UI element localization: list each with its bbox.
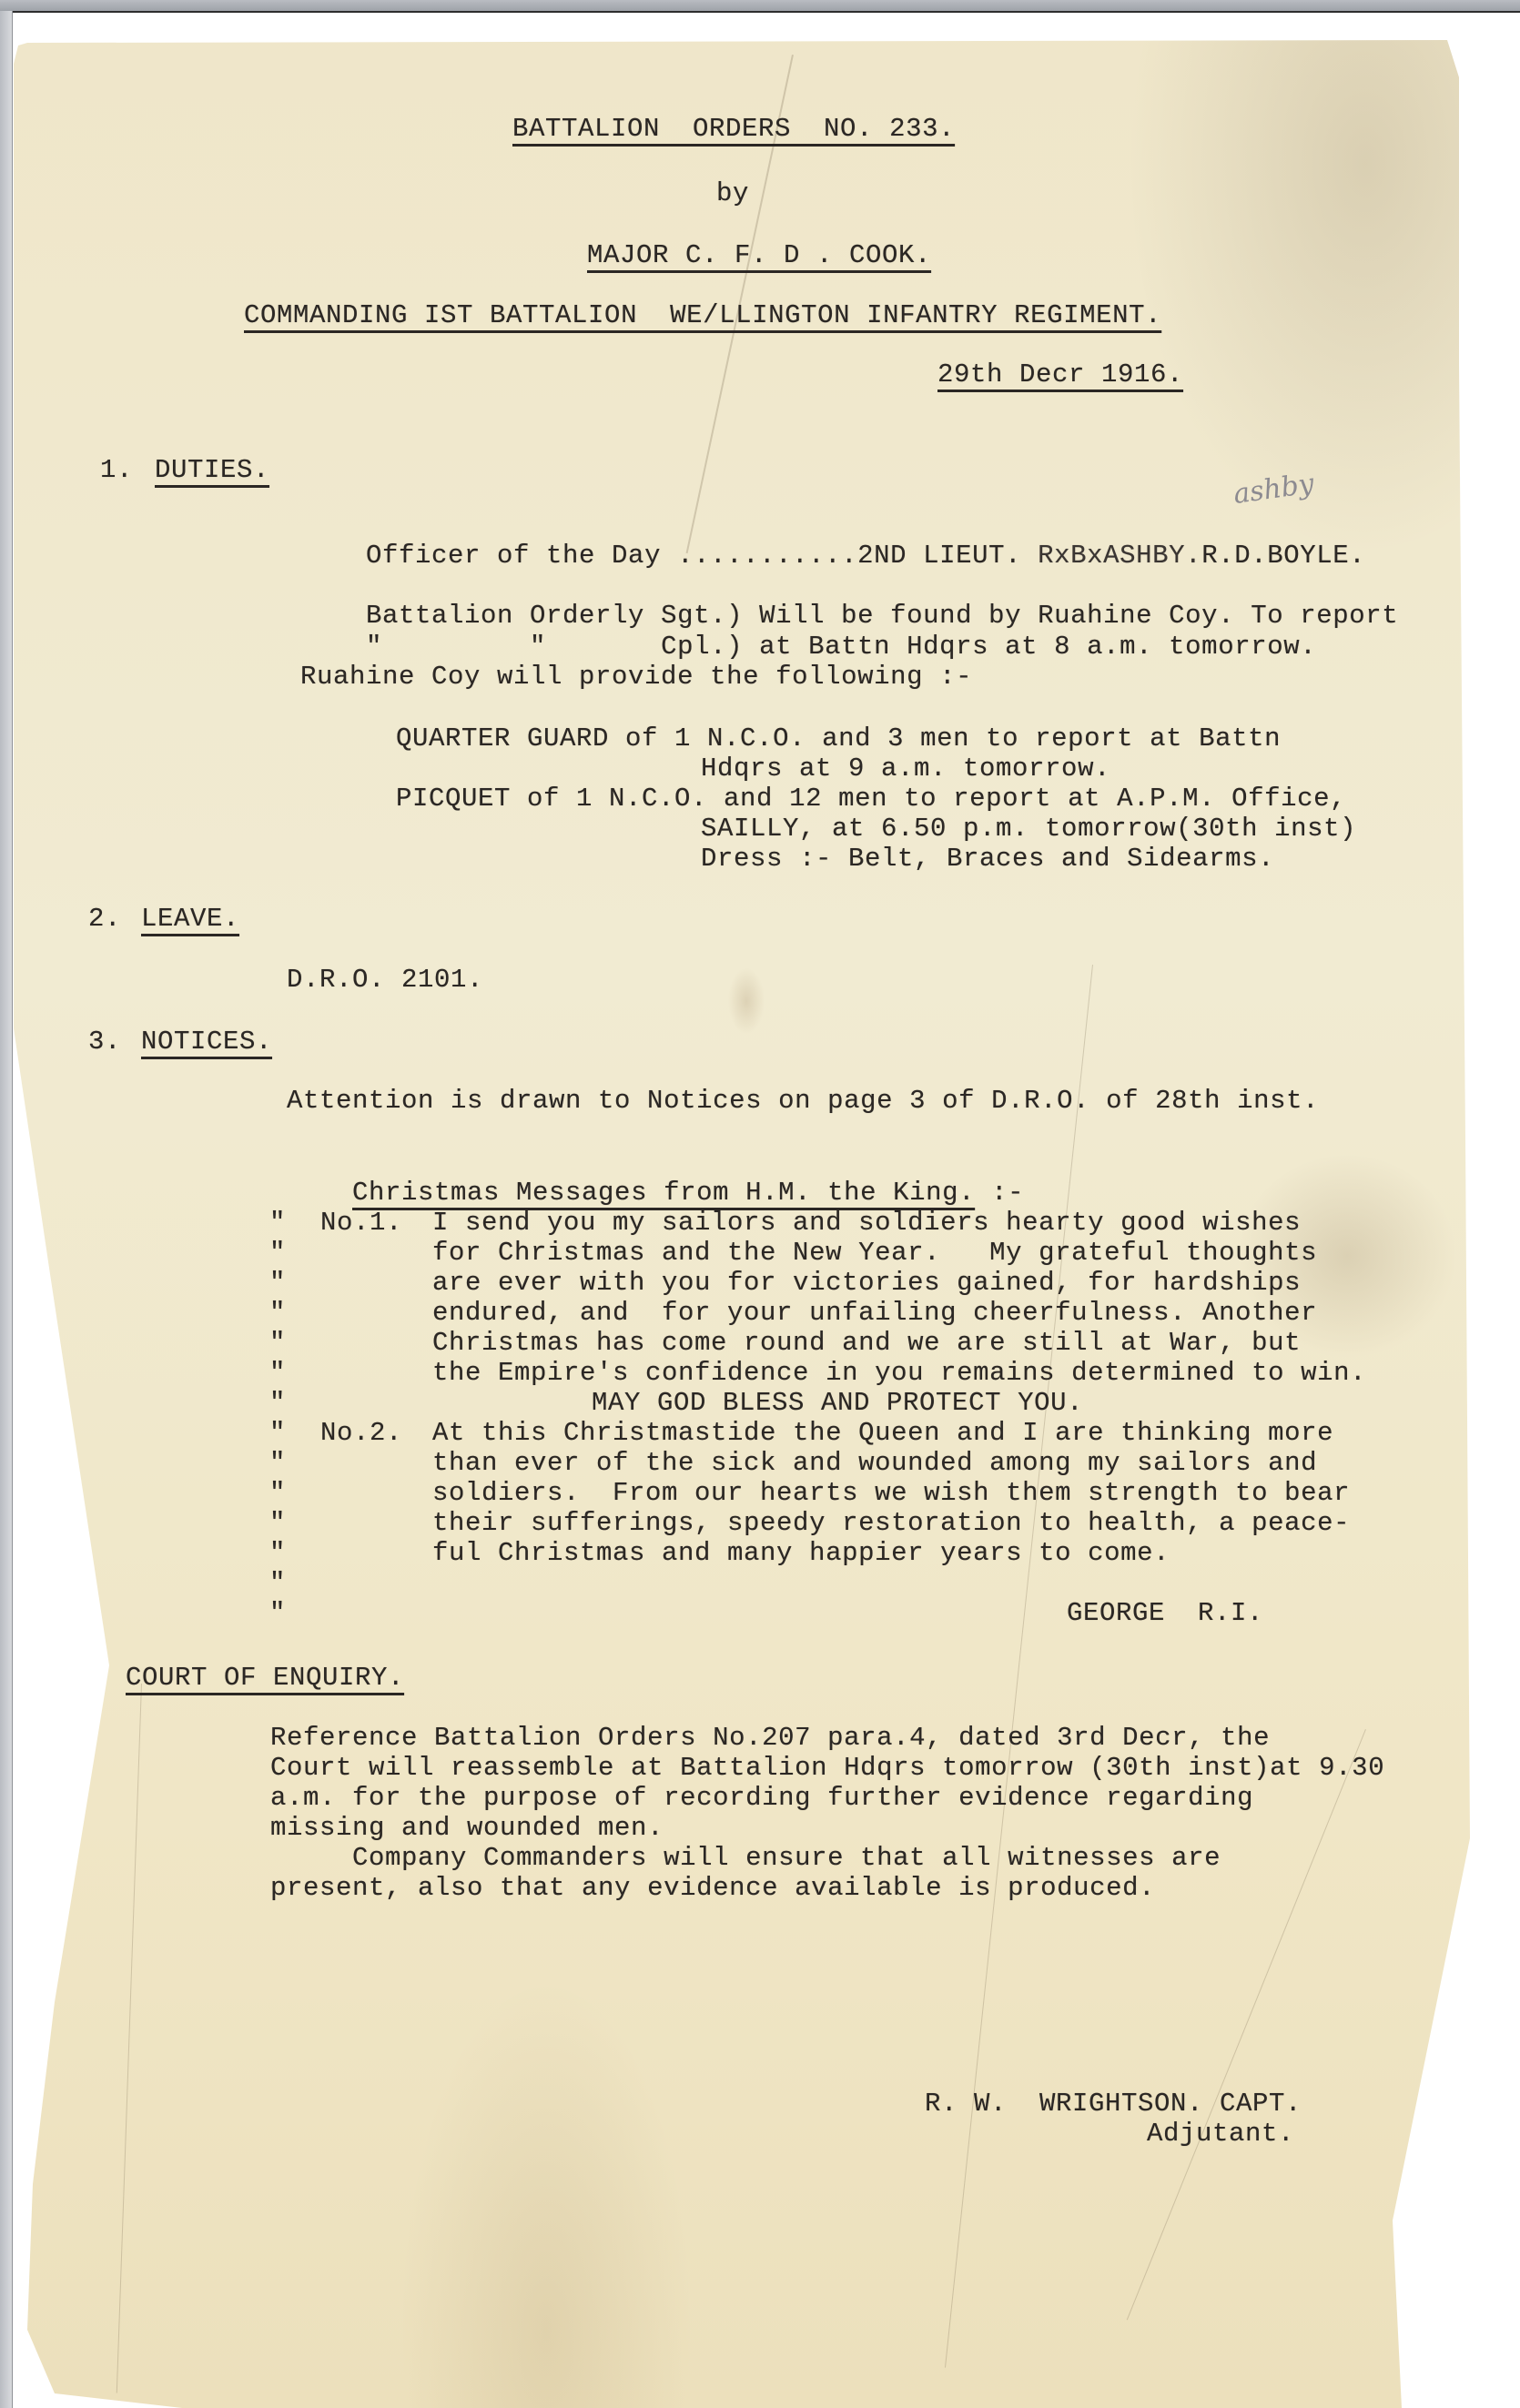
quote-mark: " [269, 1478, 286, 1509]
author-line: MAJOR C. F. D . COOK. [587, 240, 931, 271]
provide-intro: Ruahine Coy will provide the following :… [300, 662, 972, 693]
quote-mark: " [269, 1448, 286, 1479]
message-1-label: No.1. [320, 1208, 402, 1239]
orderly-cpl-text: at Battn Hdqrs at 8 a.m. tomorrow. [759, 632, 1316, 662]
message-1-line: I send you my sailors and soldiers heart… [432, 1208, 1301, 1239]
quote-mark: " [269, 1568, 286, 1599]
quote-mark: " [269, 1418, 286, 1449]
quote-mark: " [269, 1508, 286, 1539]
court-line: present, also that any evidence availabl… [270, 1873, 1155, 1904]
officer-of-day-rank: 2ND LIEUT. [857, 541, 1021, 571]
quote-mark: " [269, 1268, 286, 1299]
pencil-annotation: ashby [1231, 468, 1316, 511]
message-1-line: Christmas has come round and we are stil… [432, 1328, 1301, 1359]
officer-of-day-label: Officer of the Day ........... [366, 541, 857, 571]
king-signature: GEORGE R.I. [1067, 1598, 1263, 1629]
section-notices-heading: NOTICES. [141, 1027, 272, 1057]
quarter-guard-line-1: QUARTER GUARD of 1 N.C.O. and 3 men to r… [396, 723, 1281, 754]
message-2-line: than ever of the sick and wounded among … [432, 1448, 1317, 1479]
struck-out-name: RxBxASHBY. [1038, 541, 1201, 571]
message-2-line: soldiers. From our hearts we wish them s… [432, 1478, 1350, 1509]
court-line: a.m. for the purpose of recording furthe… [270, 1783, 1253, 1814]
orderly-cpl-label: " " Cpl.) [366, 632, 743, 662]
section-duties-heading: DUTIES. [155, 455, 269, 486]
quote-mark: " [269, 1388, 286, 1419]
christmas-messages-suffix: :- [975, 1178, 1024, 1208]
court-line: Court will reassemble at Battalion Hdqrs… [270, 1753, 1384, 1784]
message-2-label: No.2. [320, 1418, 402, 1449]
section-leave-number: 2. [88, 904, 121, 935]
quote-mark: " [269, 1328, 286, 1359]
adjutant-role: Adjutant. [1147, 2119, 1294, 2150]
message-1-line: endured, and for your unfailing cheerful… [432, 1298, 1317, 1329]
document-date: 29th Decr 1916. [937, 359, 1183, 390]
court-line: missing and wounded men. [270, 1813, 664, 1844]
message-2-line: ful Christmas and many happier years to … [432, 1538, 1170, 1569]
quote-mark: " [269, 1238, 286, 1269]
picquet-line-1: PICQUET of 1 N.C.O. and 12 men to report… [396, 784, 1346, 814]
officer-of-day-name: R.D.BOYLE. [1201, 541, 1365, 571]
by-line: by [716, 178, 749, 209]
quote-mark: " [269, 1208, 286, 1239]
section-notices-number: 3. [88, 1027, 121, 1057]
court-line: Reference Battalion Orders No.207 para.4… [270, 1723, 1270, 1754]
quote-mark: " [269, 1598, 286, 1629]
message-2-line: their sufferings, speedy restoration to … [432, 1508, 1350, 1539]
message-1-blessing: MAY GOD BLESS AND PROTECT YOU. [592, 1388, 1083, 1419]
document-title: BATTALION ORDERS NO. 233. [512, 114, 955, 145]
command-line: COMMANDING IST BATTALION WE/LLINGTON INF… [244, 300, 1161, 331]
picquet-line-3: Dress :- Belt, Braces and Sidearms. [701, 844, 1274, 875]
section-court-of-enquiry-heading: COURT OF ENQUIRY. [126, 1663, 404, 1694]
section-leave-heading: LEAVE. [141, 904, 239, 935]
quote-mark: " [269, 1298, 286, 1329]
court-line: Company Commanders will ensure that all … [270, 1843, 1221, 1874]
message-2-line: At this Christmastide the Queen and I ar… [432, 1418, 1333, 1449]
battalion-orders-document: BATTALION ORDERS NO. 233. by MAJOR C. F.… [0, 0, 1520, 2408]
message-1-line: for Christmas and the New Year. My grate… [432, 1238, 1317, 1269]
notices-attention: Attention is drawn to Notices on page 3 … [287, 1086, 1319, 1117]
picquet-line-2: SAILLY, at 6.50 p.m. tomorrow(30th inst) [701, 814, 1356, 845]
quarter-guard-line-2: Hdqrs at 9 a.m. tomorrow. [701, 754, 1110, 784]
christmas-messages-heading: Christmas Messages from H.M. the King. [352, 1178, 975, 1208]
section-duties-number: 1. [100, 455, 133, 486]
leave-body: D.R.O. 2101. [287, 965, 483, 996]
message-1-line: are ever with you for victories gained, … [432, 1268, 1301, 1299]
quote-mark: " [269, 1358, 286, 1389]
quote-mark: " [269, 1538, 286, 1569]
message-1-line: the Empire's confidence in you remains d… [432, 1358, 1366, 1389]
adjutant-signatory: R. W. WRIGHTSON. CAPT. [925, 2089, 1302, 2120]
